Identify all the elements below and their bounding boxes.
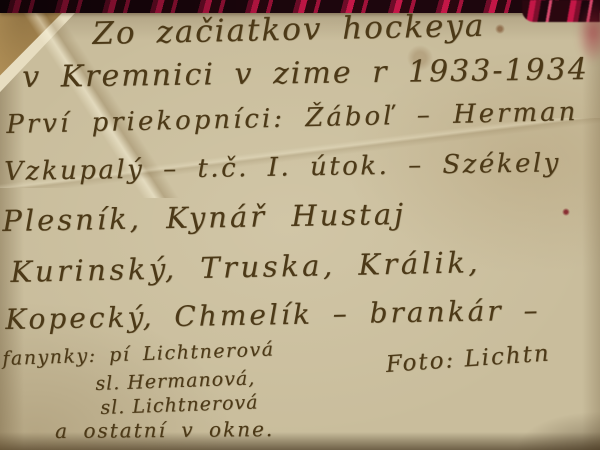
handwritten-line-goalkeeper: Kopecký, Chmelík – brankár – — [5, 294, 541, 336]
handwritten-line-fans: fanynky: pí Lichtnerová — [2, 338, 275, 369]
handwritten-line-fan-2: sl. Hermanová, — [95, 367, 256, 395]
handwritten-line-names-2: Kurinský, Truska, Králik, — [10, 245, 481, 289]
handwritten-line-place-year: v Kremnici v zime r 1933-1934 — [22, 52, 589, 95]
handwritten-line-others: a ostatní v okne. — [55, 417, 274, 443]
photo-back-card: Zo začiatkov hockeya v Kremnici v zime r… — [0, 0, 600, 450]
handwritten-line-title: Zo začiatkov hockeya — [92, 8, 486, 52]
handwritten-line-names-1: Plesník, Kynář Hustaj — [2, 197, 406, 238]
handwritten-line-fan-3: sl. Lichtnerová — [100, 391, 259, 419]
photo-credit: Foto: Lichtn — [385, 340, 551, 377]
